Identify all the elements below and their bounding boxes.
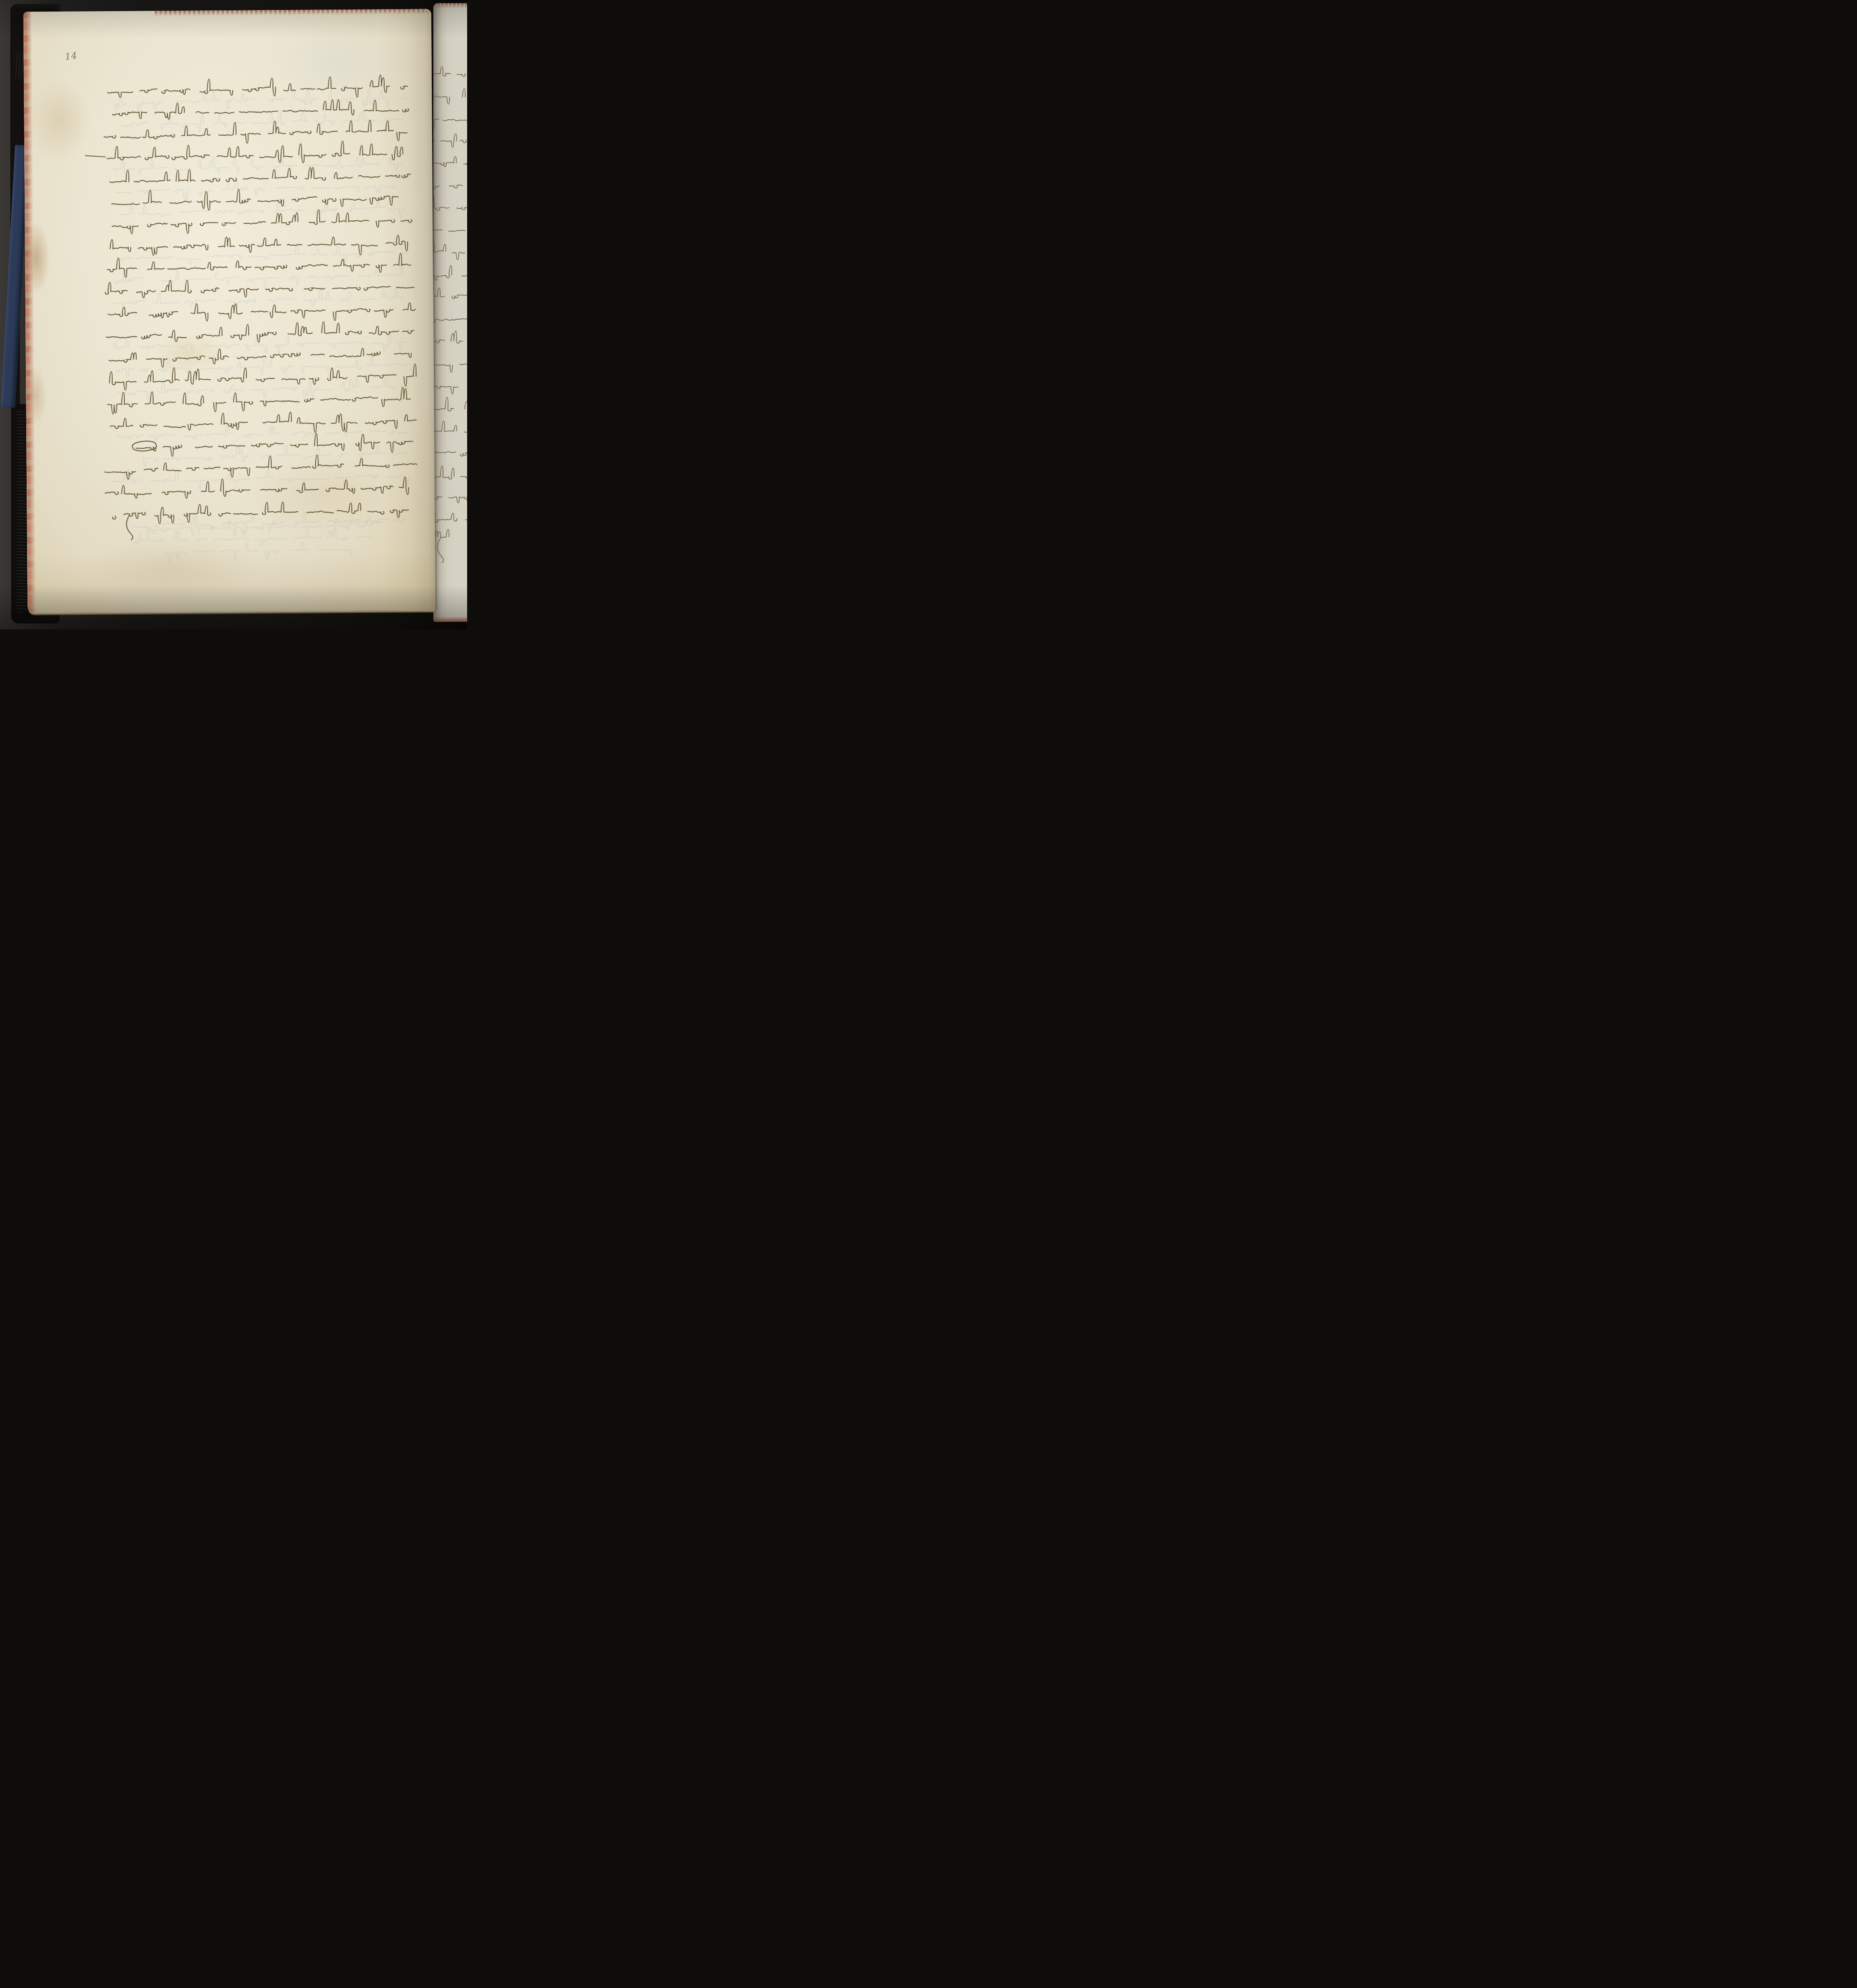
page-fore-edge-shading [380,9,436,610]
facing-page-edge [433,3,467,622]
manuscript-page: 14 [23,9,436,613]
handwritten-text-block [20,9,439,617]
ink-text-lines [84,75,419,541]
facing-page-red-edge-bottom [433,617,467,622]
facing-page-handwriting [433,3,467,622]
manuscript-photograph: 14 [0,0,467,629]
facing-page-red-edge-top [433,3,467,8]
